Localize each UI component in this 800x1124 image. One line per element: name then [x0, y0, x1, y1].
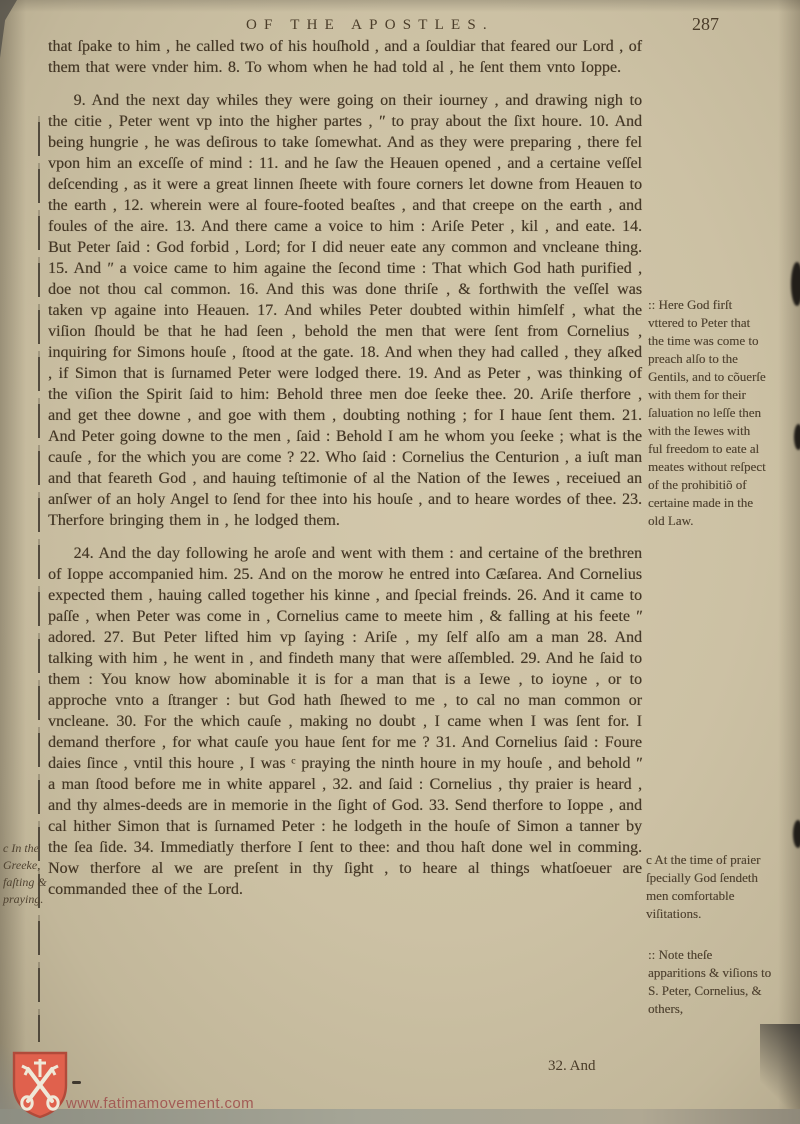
- paragraph-verses-7-8: that ſpake to him , he called two of his…: [48, 36, 642, 78]
- margin-note-right-gentiles: :: Here God firſt vttered to Peter that …: [648, 296, 766, 530]
- catchword: 32. And: [548, 1058, 596, 1075]
- main-text-column: that ſpake to him , he called two of his…: [48, 36, 642, 900]
- scanned-book-page: OF THE APOSTLES. 287 that ſpake to him ,…: [0, 0, 800, 1124]
- crossed-keys-shield-icon: [11, 1049, 69, 1121]
- scan-edge-shadow-right: [778, 0, 800, 1124]
- watermark-url: www.fatimamovement.com: [66, 1095, 254, 1112]
- scan-artifact-right-edge: [791, 262, 800, 306]
- scan-artifact-right-edge: [793, 820, 800, 848]
- page-number: 287: [692, 14, 719, 35]
- paragraph-verses-9-23: 9. And the next day whiles they were goi…: [48, 90, 642, 531]
- margin-note-left-greek-reading: c In the Greeke, faſting & praying.: [3, 840, 47, 908]
- scan-edge-shadow-left: [0, 0, 26, 1124]
- margin-note-right-prayer-time: c At the time of praier ſpecially God ſe…: [646, 851, 764, 923]
- paragraph-verses-24-34: 24. And the day following he aroſe and w…: [48, 543, 642, 900]
- running-header-title: OF THE APOSTLES.: [246, 17, 494, 34]
- fatima-movement-logo: [11, 1049, 69, 1121]
- scan-artifact-dash: [72, 1081, 81, 1084]
- scan-edge-shadow-top: [0, 0, 800, 12]
- scan-artifact-right-edge: [794, 424, 800, 450]
- margin-note-right-apparitions: :: Note theſe apparitions & viſions to S…: [648, 946, 772, 1018]
